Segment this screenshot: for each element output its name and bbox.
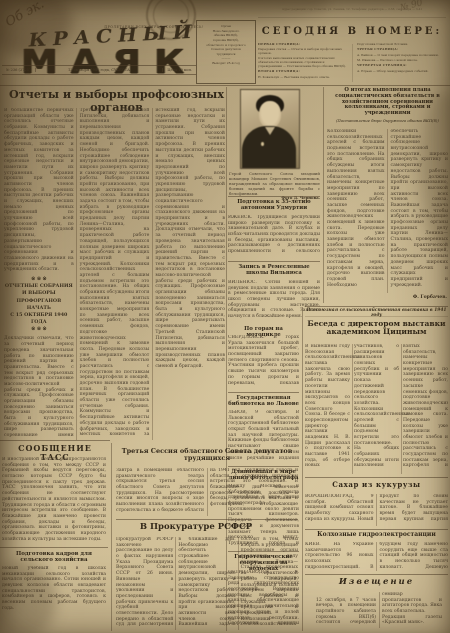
today-item: ПЕРВАЯ СТРАНИЦА: [258, 43, 348, 47]
prosecutor-body: Прокуратурой РСФСР закончено расследован… [116, 537, 298, 630]
udmurtia-body: ИЖЕВСК. Трудящиеся республики широко раз… [228, 215, 320, 258]
lead-article-body: В большинстве первичных организаций обла… [4, 108, 225, 440]
paragraph: ИЖЕВСК. Трудящиеся республики широко раз… [228, 215, 320, 254]
lead-note-box: ※ ※ ※ ОТЧЕТНЫЕ СОБРАНИЯ И ВЫБОРЫ ПРОФОРГ… [4, 276, 74, 334]
paragraph: Докладчики отмечали, что за отчетный пер… [155, 227, 225, 369]
rule [228, 466, 299, 467]
issue-number: № 236 (2725) [2, 68, 35, 72]
paragraph: Колхозники сельскохозяйственных артелей … [80, 262, 150, 392]
caption-text: Герой Советского Союза младший командир … [229, 171, 320, 196]
today-item: Подготовка Советской Эстонии. [357, 43, 447, 47]
today-item: Передовая статья — Отчеты и выборы профс… [258, 48, 348, 56]
rule [0, 440, 110, 441]
today-item: О итогах выполнения взятых социалистичес… [258, 57, 348, 68]
udmurtia-headline: Подготовка к 35-летию автономии Удмуртии [228, 200, 320, 212]
prosecutor-headline: В Прокуратуре РСФСР [116, 523, 276, 533]
rule [228, 196, 320, 197]
rule [305, 306, 448, 307]
cadres-body: Новый учебный год в школах механизации с… [2, 566, 106, 630]
sugar-body: ВОРОШИЛОВГРАД, 9 октября. Областной пище… [305, 494, 448, 526]
issue-date: 12 октября 1940 года, СУББОТА [35, 68, 163, 72]
issue-price: Цена 10 коп. [162, 68, 196, 72]
cadres-headline: Подготовка кадров для сельского хозяйств… [2, 551, 106, 563]
session-body: Завтра в помещении областного драматичес… [116, 468, 298, 516]
tass-report-body: В иностранной печати распространяются со… [2, 457, 106, 544]
paragraph: Новый учебный год в школах механизации с… [2, 566, 106, 611]
paragraph: СВЕРДЛОВСК. В горах Урала закончился бол… [228, 335, 299, 386]
notice-headline: Извещение [305, 578, 448, 588]
paragraph: Необходимо обеспечить строжайшее соблюде… [80, 148, 150, 267]
rule [116, 519, 298, 520]
today-item: А. Юрьев — Обзор международных событий. [357, 70, 447, 74]
dateline-bar: № 236 (2725) 12 октября 1940 года, СУББО… [2, 65, 196, 75]
rule [258, 17, 446, 18]
rule [302, 307, 303, 631]
rule [111, 443, 112, 631]
paragraph: Трудящиеся города и области с огромным и… [210, 468, 298, 507]
vilnius-headline: Запись в Ремесленные школы Вильнюса [228, 265, 320, 277]
today-item: ВТОРАЯ СТРАНИЦА: [258, 70, 348, 74]
notice-body: 12 октября, в 7 часов вечера, в помещени… [316, 592, 442, 628]
sugar-headline: Сахар из кукурузы [305, 481, 448, 489]
rule [305, 477, 448, 478]
rule [0, 547, 108, 548]
masthead-title-line2: МАЯК [21, 43, 197, 81]
decree-signature: Ф. Горбачев. [385, 295, 447, 300]
rule [228, 392, 299, 393]
paragraph: В большинстве первичных организаций обла… [4, 108, 74, 272]
paragraph: Трудящиеся города и области с огромным и… [2, 503, 106, 542]
handwritten-note-top-left: Об эк. [3, 0, 47, 30]
lvov-library-headline: Государственная библиотека во Львове [228, 395, 299, 407]
today-item: М. Иванова — Рассказ о новой школе. [357, 59, 447, 63]
today-in-issue-heading: СЕГОДНЯ В НОМЕРЕ: [256, 26, 448, 37]
newspaper-page: Об эк. № 90 ПРОЛЕТАРИИ ВСЕХ СТРАН, СОЕДИ… [0, 0, 450, 633]
today-item: ЧЕТВЕРТАЯ СТРАНИЦА: [357, 64, 447, 68]
rule [228, 261, 320, 262]
today-item: А. Байков — О чем говорят передовые колх… [357, 54, 447, 58]
paragraph: КИЕВ. На Украине заканчивается строитель… [305, 542, 448, 570]
paragraph: Необходимо обеспечить строжайшее соблюде… [178, 537, 298, 627]
kolkhoz-hydro-body: КИЕВ. На Украине заканчивается строитель… [305, 542, 448, 571]
session-headline: Третья Сессия областного Совета депутато… [116, 448, 298, 463]
motorcycle-body: СВЕРДЛОВСК. В горах Урала закончился бол… [228, 335, 299, 390]
photo-medal [261, 142, 264, 146]
today-in-issue-left-list: ПЕРВАЯ СТРАНИЦА: Передовая статья — Отче… [258, 43, 348, 81]
decree-headline: О итогах выполнения плана социалистическ… [327, 88, 448, 117]
rule [305, 529, 448, 530]
exhibition-body: В нынешнем году Всесоюзная сельскохозяйс… [305, 344, 448, 474]
paragraph: В иностранной печати распространяются со… [2, 457, 106, 502]
paragraph: Колхозники сельскохозяйственных артелей … [327, 129, 385, 282]
paragraph: ВОРОШИЛОВГРАД, 9 октября. Областной пище… [305, 494, 448, 522]
portrait-photo [240, 89, 300, 169]
rule [305, 316, 448, 317]
rule [305, 574, 448, 575]
decree-body: Колхозники сельскохозяйственных артелей … [327, 129, 448, 293]
publisher-org-box: Орган Ново-Заводского обкома ВКП(б), гор… [196, 20, 256, 84]
kolkhoz-hydro-headline: Колхозные гидроэлектростанции [305, 532, 448, 539]
photo-face [259, 101, 281, 128]
rule [352, 44, 353, 82]
rule [323, 87, 324, 303]
rule [0, 85, 450, 86]
today-item: ТРЕТЬЯ СТРАНИЦА: [357, 48, 447, 52]
editorial-address-line: Адрес редакции: гор. Советск, ул. Ленина… [256, 7, 448, 11]
today-item: Н. Ковальчук — Выставка передового опыта… [258, 76, 348, 80]
today-in-issue-right-list: Подготовка Советской Эстонии. ТРЕТЬЯ СТР… [357, 43, 447, 75]
decree-subline: (Постановление бюро Окружного обкома ВКП… [327, 119, 448, 123]
paragraph: 12 октября, в 7 часов вечера, в помещени… [316, 592, 442, 625]
exhibition-headline: Беседа с директором выставки академиком … [305, 320, 448, 337]
